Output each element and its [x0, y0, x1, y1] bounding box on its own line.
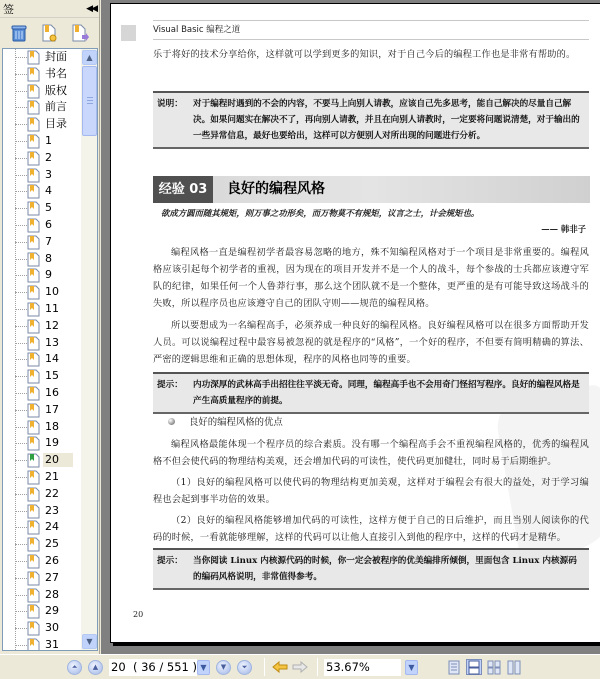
- bookmark-icon: [27, 420, 40, 435]
- note-box-tip-1: 提示： 内功深厚的武林高手出招往往平淡无奇。同理，编程高手也不会用奇门怪招写程序…: [153, 372, 589, 414]
- tree-connector: [15, 292, 27, 293]
- bookmark-label: 16: [43, 386, 61, 400]
- bookmark-label: 7: [43, 235, 54, 249]
- tree-connector: [15, 208, 27, 209]
- tree-connector: [15, 561, 27, 562]
- navigation-toolbar: ⏶ ▲ 20 ( 36 / 551 ) ▼ ▼ ⏷ 53.67% ▼: [0, 654, 600, 679]
- bookmark-label: 23: [43, 504, 61, 518]
- tree-connector: [15, 326, 27, 327]
- scroll-thumb[interactable]: [82, 66, 97, 136]
- bookmark-label: 9: [43, 268, 54, 282]
- page-dropdown-button[interactable]: ▼: [197, 660, 210, 675]
- new-bookmark-icon[interactable]: [40, 24, 58, 42]
- bookmark-item[interactable]: 3: [3, 167, 81, 184]
- bookmark-icon: [27, 67, 40, 82]
- note-tag: 提示：: [157, 553, 193, 569]
- bookmark-item[interactable]: 10: [3, 284, 81, 301]
- bookmark-label: 版权: [43, 84, 69, 98]
- tree-connector: [15, 158, 27, 159]
- bookmark-icon: [27, 487, 40, 502]
- bookmark-item[interactable]: 1: [3, 133, 81, 150]
- bookmark-label: 15: [43, 369, 61, 383]
- bookmark-item[interactable]: 28: [3, 587, 81, 604]
- tree-connector: [15, 175, 27, 176]
- paragraph-4: （1）良好的编程风格可以使代码的物理结构更加美观，这样对于编程会有很大的益处，对…: [153, 474, 589, 508]
- bookmark-icon: [27, 638, 40, 651]
- tree-connector: [15, 645, 27, 646]
- tree-connector: [15, 511, 27, 512]
- bookmark-toolbar: [0, 18, 99, 48]
- bookmark-label: 5: [43, 201, 54, 215]
- bookmark-label: 22: [43, 487, 61, 501]
- bookmark-label: 14: [43, 352, 61, 366]
- bookmark-label: 6: [43, 218, 54, 232]
- prev-page-icon[interactable]: ▲: [88, 660, 103, 675]
- bookmark-item[interactable]: 29: [3, 603, 81, 620]
- pdf-reader-window: 签 ◀◀ 封面书名版权前言目录1234567891011121314151617…: [0, 0, 600, 679]
- bookmark-icon: [27, 621, 40, 636]
- bookmark-item[interactable]: 13: [3, 335, 81, 352]
- bookmark-list: 封面书名版权前言目录123456789101112131415161718192…: [3, 49, 81, 651]
- bookmark-label: 20: [43, 453, 73, 467]
- tree-connector: [15, 242, 27, 243]
- bookmark-icon: [27, 151, 40, 166]
- page-number: 20: [133, 610, 143, 619]
- bookmark-label: 17: [43, 403, 61, 417]
- bookmark-icon: [27, 537, 40, 552]
- epigraph: 欲成方圆而随其规矩，则万事之功形矣，而万物莫不有规矩，议言之士，计会规矩也。: [161, 205, 591, 221]
- next-page-icon[interactable]: ▼: [216, 660, 231, 675]
- tree-connector: [15, 343, 27, 344]
- bookmark-item[interactable]: 20: [3, 452, 81, 469]
- bookmark-item[interactable]: 14: [3, 351, 81, 368]
- scroll-down-button[interactable]: ▼: [82, 634, 97, 649]
- note-body: 内功深厚的武林高手出招往往平淡无奇。同理，编程高手也不会用奇门怪招写程序。良好的…: [193, 377, 585, 409]
- section-number: 经验 03: [153, 176, 213, 203]
- paragraph-intro: 乐于将好的技术分享给你，这样就可以学到更多的知识，对于自己今后的编程工作也是非常…: [153, 46, 589, 63]
- bookmark-label: 28: [43, 588, 61, 602]
- tree-connector: [15, 578, 27, 579]
- tree-connector: [15, 309, 27, 310]
- bookmark-item[interactable]: 27: [3, 570, 81, 587]
- note-body: 当你阅读 Linux 内核源代码的时候，你一定会被程序的优美编排所倾倒，里面包含…: [193, 553, 585, 585]
- bookmark-label: 书名: [43, 67, 69, 81]
- bookmark-item[interactable]: 2: [3, 150, 81, 167]
- bookmark-arrow-icon[interactable]: [71, 24, 89, 42]
- paragraph-5: （2）良好的编程风格能够增加代码的可读性，这样方便于自己的日后维护，而且当别人阅…: [153, 512, 589, 546]
- tree-connector: [15, 544, 27, 545]
- bookmark-item[interactable]: 7: [3, 234, 81, 251]
- note-tag: 说明：: [157, 96, 193, 112]
- trash-icon[interactable]: [10, 24, 28, 42]
- tree-connector: [15, 57, 27, 58]
- bookmark-label: 2: [43, 151, 54, 165]
- tree-connector: [15, 628, 27, 629]
- bookmark-label: 1: [43, 134, 54, 148]
- tree-connector: [15, 410, 27, 411]
- bookmark-item[interactable]: 版权: [3, 83, 81, 100]
- bookmark-item[interactable]: 12: [3, 318, 81, 335]
- bookmark-icon: [27, 268, 40, 283]
- bookmark-icon: [27, 201, 40, 216]
- bookmark-tree: 封面书名版权前言目录123456789101112131415161718192…: [2, 48, 98, 651]
- bookmark-icon: [27, 168, 40, 183]
- tree-connector: [15, 595, 27, 596]
- bookmark-icon: [27, 403, 40, 418]
- first-page-icon[interactable]: ⏶: [67, 660, 82, 675]
- bookmark-item[interactable]: 19: [3, 435, 81, 452]
- tree-connector: [15, 494, 27, 495]
- bookmark-item[interactable]: 5: [3, 200, 81, 217]
- toolbar-separator: [317, 658, 318, 676]
- bookmark-item[interactable]: 22: [3, 486, 81, 503]
- scroll-up-button[interactable]: ▲: [82, 50, 97, 65]
- tree-connector: [15, 359, 27, 360]
- bookmark-item[interactable]: 9: [3, 267, 81, 284]
- bookmark-item[interactable]: 书名: [3, 66, 81, 83]
- bookmark-icon: [27, 336, 40, 351]
- bookmark-icon: [27, 84, 40, 99]
- bookmark-label: 封面: [43, 50, 69, 64]
- bookmark-label: 目录: [43, 117, 69, 131]
- epigraph-author: —— 韩非子: [541, 223, 586, 235]
- last-page-icon[interactable]: ⏷: [237, 660, 252, 675]
- bookmark-item[interactable]: 25: [3, 536, 81, 553]
- facing-pages-icon[interactable]: [486, 659, 502, 675]
- tree-connector: [15, 427, 27, 428]
- tree-connector: [15, 443, 27, 444]
- note-box-tip-2: 提示： 当你阅读 Linux 内核源代码的时候，你一定会被程序的优美编排所倾倒，…: [153, 548, 589, 590]
- zoom-dropdown-button[interactable]: ▼: [405, 660, 418, 675]
- bookmark-item[interactable]: 4: [3, 183, 81, 200]
- document-viewer[interactable]: Visual Basic 编程之道 乐于将好的技术分享给你，这样就可以学到更多的…: [101, 0, 600, 654]
- bookmark-icon: [27, 218, 40, 233]
- bullet-heading: 良好的编程风格的优点: [168, 414, 283, 428]
- bookmark-label: 26: [43, 554, 61, 568]
- bookmark-label: 24: [43, 520, 61, 534]
- bookmark-icon: [27, 470, 40, 485]
- tree-connector: [15, 91, 27, 92]
- bookmark-label: 11: [43, 302, 61, 316]
- bookmarks-panel-header: 签 ◀◀: [0, 0, 99, 18]
- bookmark-item[interactable]: 30: [3, 620, 81, 637]
- bookmark-icon: [27, 134, 40, 149]
- note-tag: 提示：: [157, 377, 193, 393]
- bookmark-label: 前言: [43, 100, 69, 114]
- collapse-panel-button[interactable]: ◀◀: [86, 4, 96, 14]
- bookmark-icon: [27, 302, 40, 317]
- bookmark-item[interactable]: 8: [3, 251, 81, 268]
- tree-connector: [15, 376, 27, 377]
- bookmark-label: 13: [43, 336, 61, 350]
- section-title: 良好的编程风格: [227, 176, 325, 203]
- paragraph-1: 编程风格一直是编程初学者最容易忽略的地方，殊不知编程风格对于一个项目是非常重要的…: [153, 244, 589, 312]
- bookmark-label: 27: [43, 571, 61, 585]
- bookmark-icon: [27, 554, 40, 569]
- bookmark-label: 8: [43, 252, 54, 266]
- bookmark-item[interactable]: 24: [3, 519, 81, 536]
- bookmark-icon: [27, 453, 40, 468]
- bookmark-item[interactable]: 26: [3, 553, 81, 570]
- paragraph-3: 编程风格最能体现一个程序员的综合素质。没有哪一个编程高手会不重视编程风格的，优秀…: [153, 436, 589, 470]
- bookmark-icon: [27, 100, 40, 115]
- tree-connector: [15, 107, 27, 108]
- toolbar-separator: [264, 658, 265, 676]
- note-body: 对于编程时遇到的不会的内容，不要马上向别人请教，应该自己先多思考，能自己解决的尽…: [193, 96, 585, 144]
- bookmark-icon: [27, 184, 40, 199]
- tree-connector: [15, 275, 27, 276]
- bullet-icon: [168, 418, 175, 425]
- tree-connector: [15, 460, 27, 461]
- bookmark-icon: [27, 50, 40, 65]
- tree-connector: [15, 225, 27, 226]
- bookmark-icon: [27, 386, 40, 401]
- bookmark-item[interactable]: 前言: [3, 99, 81, 116]
- tree-connector: [15, 259, 27, 260]
- panel-title: 签: [3, 1, 14, 17]
- paragraph-2: 所以要想成为一名编程高手，必须养成一种良好的编程风格。良好编程风格可以在很多方面…: [153, 317, 589, 368]
- bookmark-label: 31: [43, 638, 61, 651]
- bookmark-label: 29: [43, 604, 61, 618]
- tree-connector: [15, 393, 27, 394]
- bookmark-icon: [27, 252, 40, 267]
- bookmark-item[interactable]: 目录: [3, 116, 81, 133]
- bullet-text: 良好的编程风格的优点: [189, 414, 283, 428]
- bookmark-item[interactable]: 11: [3, 301, 81, 318]
- bookmark-label: 12: [43, 319, 61, 333]
- bookmark-item[interactable]: 6: [3, 217, 81, 234]
- section-heading: 经验 03 良好的编程风格: [153, 176, 590, 203]
- bookmark-icon: [27, 369, 40, 384]
- bookmark-label: 3: [43, 168, 54, 182]
- bookmark-icon: [27, 588, 40, 603]
- tree-connector: [15, 191, 27, 192]
- tree-connector: [15, 477, 27, 478]
- bookmark-icon: [27, 319, 40, 334]
- bookmark-item[interactable]: 21: [3, 469, 81, 486]
- bookmark-item[interactable]: 16: [3, 385, 81, 402]
- zoom-level-input[interactable]: 53.67%: [324, 659, 401, 676]
- tree-connector: [15, 527, 27, 528]
- bookmark-item[interactable]: 封面: [3, 49, 81, 66]
- forward-arrow-icon[interactable]: [291, 659, 309, 675]
- bookmark-item[interactable]: 18: [3, 419, 81, 436]
- bookmark-icon: [27, 235, 40, 250]
- bookmark-scrollbar[interactable]: ▲ ▼: [81, 49, 97, 650]
- bookmarks-panel: 签 ◀◀ 封面书名版权前言目录1234567891011121314151617…: [0, 0, 100, 654]
- bookmark-item[interactable]: 17: [3, 402, 81, 419]
- tree-connector: [15, 124, 27, 125]
- bookmark-icon: [27, 504, 40, 519]
- bookmark-icon: [27, 117, 40, 132]
- page-scan-mark: [121, 25, 136, 41]
- back-arrow-icon[interactable]: [271, 659, 289, 675]
- continuous-page-icon[interactable]: [466, 659, 482, 675]
- continuous-facing-icon[interactable]: [506, 659, 522, 675]
- bookmark-label: 21: [43, 470, 61, 484]
- bookmark-label: 10: [43, 285, 61, 299]
- tree-connector: [15, 611, 27, 612]
- bookmark-label: 19: [43, 436, 61, 450]
- running-head: Visual Basic 编程之道: [153, 20, 589, 40]
- bookmark-label: 4: [43, 184, 54, 198]
- tree-connector: [15, 74, 27, 75]
- bookmark-icon: [27, 285, 40, 300]
- bookmark-item[interactable]: 15: [3, 368, 81, 385]
- bookmark-icon: [27, 352, 40, 367]
- bookmark-item[interactable]: 31: [3, 637, 81, 651]
- bookmark-icon: [27, 520, 40, 535]
- bookmark-label: 30: [43, 621, 61, 635]
- note-box-explanation: 说明： 对于编程时遇到的不会的内容，不要马上向别人请教，应该自己先多思考，能自己…: [153, 91, 589, 149]
- bookmark-icon: [27, 604, 40, 619]
- page-number-input[interactable]: 20 ( 36 / 551 ): [109, 659, 197, 676]
- pdf-page: Visual Basic 编程之道 乐于将好的技术分享给你，这样就可以学到更多的…: [110, 3, 600, 643]
- tree-connector: [15, 141, 27, 142]
- bookmark-item[interactable]: 23: [3, 503, 81, 520]
- single-page-icon[interactable]: [446, 659, 462, 675]
- bookmark-label: 18: [43, 420, 61, 434]
- bookmark-icon: [27, 571, 40, 586]
- bookmark-label: 25: [43, 537, 61, 551]
- bookmark-icon: [27, 436, 40, 451]
